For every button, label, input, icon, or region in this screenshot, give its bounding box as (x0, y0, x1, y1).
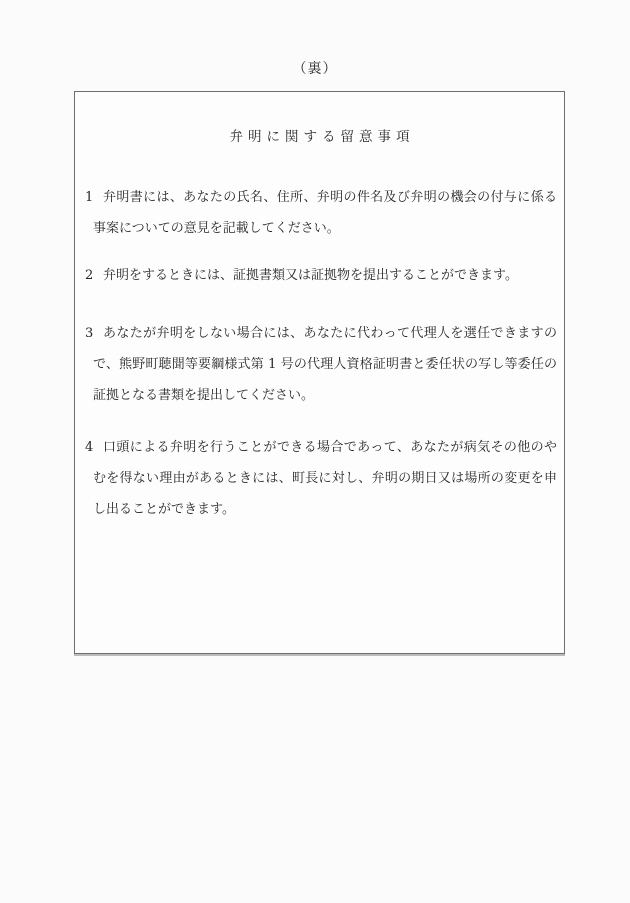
notice-item-3: 3 あなたが弁明をしない場合には、あなたに代わって代理人を選任できますので、熊野… (85, 318, 557, 411)
item-4-number: 4 (85, 432, 93, 463)
item-1-text: 弁明書には、あなたの氏名、住所、弁明の件名及び弁明の機会の付与に係る事案について… (93, 182, 557, 244)
document-page: （裏） 弁明に関する留意事項 1 弁明書には、あなたの氏名、住所、弁明の件名及び… (0, 0, 630, 903)
item-3-text: あなたが弁明をしない場合には、あなたに代わって代理人を選任できますので、熊野町聴… (93, 318, 557, 411)
page-side-label: （裏） (0, 60, 630, 78)
item-4-text: 口頭による弁明を行うことができる場合であって、あなたが病気その他のやむを得ない理… (93, 432, 557, 525)
item-1-number: 1 (85, 182, 93, 213)
notice-box: 弁明に関する留意事項 1 弁明書には、あなたの氏名、住所、弁明の件名及び弁明の機… (74, 91, 565, 654)
item-2-text: 弁明をするときには、証拠書類又は証拠物を提出することができます。 (93, 260, 557, 291)
notice-item-1: 1 弁明書には、あなたの氏名、住所、弁明の件名及び弁明の機会の付与に係る事案につ… (85, 182, 557, 244)
item-3-number: 3 (85, 318, 93, 349)
notice-title: 弁明に関する留意事項 (75, 129, 564, 145)
item-2-number: 2 (85, 260, 93, 291)
notice-item-4: 4 口頭による弁明を行うことができる場合であって、あなたが病気その他のやむを得な… (85, 432, 557, 525)
notice-item-2: 2 弁明をするときには、証拠書類又は証拠物を提出することができます。 (85, 260, 557, 291)
